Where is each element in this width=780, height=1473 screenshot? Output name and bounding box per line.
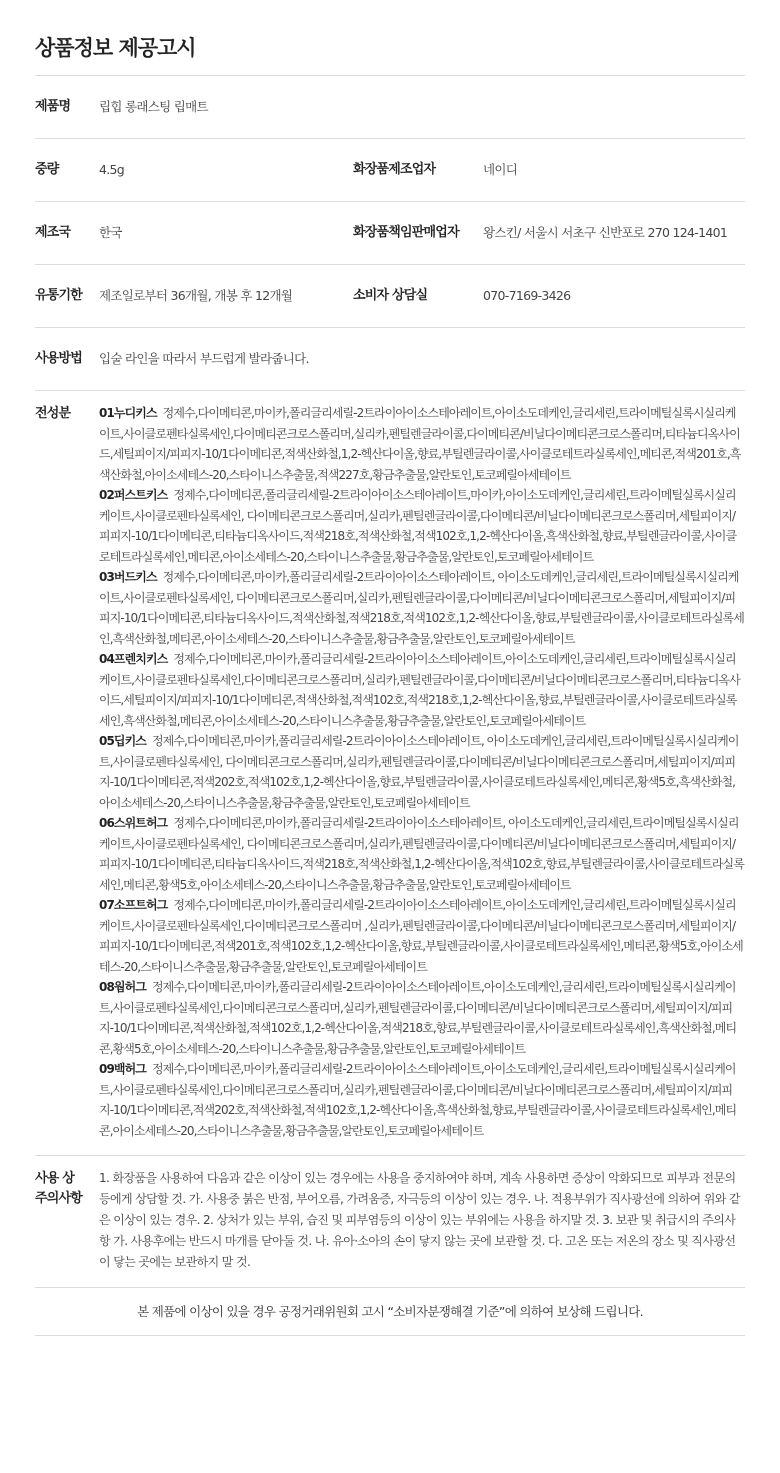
ingredient-text: 정제수,다이메티콘,폴리글리세릴-2트라이아이소스테아레이트,마이카,아이소도데…	[99, 488, 736, 564]
row-weight-manufacturer: 중량 4.5g 화장품제조업자 네이디	[35, 139, 745, 202]
caution-label-line2: 주의사항	[35, 1189, 99, 1209]
ingredient-item: 08웜허그정제수,다이메티콘,마이카,폴리글리세릴-2트라이아이소스테아레이트,…	[99, 977, 745, 1059]
caution-label: 사용 상 주의사항	[35, 1168, 99, 1209]
row-usage: 사용방법 입술 라인을 따라서 부드럽게 발라줍니다.	[35, 328, 745, 391]
page-title: 상품정보 제공고시	[35, 34, 745, 76]
expiry-label: 유통기한	[35, 286, 99, 306]
ingredient-item: 09백허그정제수,다이메티콘,마이카,폴리글리세릴-2트라이아이소스테아레이트,…	[99, 1059, 745, 1141]
ingredients-label: 전성분	[35, 403, 99, 424]
seller-value: 왕스킨/ 서울시 서초구 신반포로 270 124-1401	[483, 223, 727, 243]
ingredient-item: 02퍼스트키스정제수,다이메티콘,폴리글리세릴-2트라이아이소스테아레이트,마이…	[99, 485, 745, 567]
country-label: 제조국	[35, 223, 99, 243]
ingredient-item: 04프렌치키스정제수,다이메티콘,마이카,폴리글리세릴-2트라이아이소스테아레이…	[99, 649, 745, 731]
compensation-notice: 본 제품에 이상이 있을 경우 공정거래위원회 고시 “소비자분쟁해결 기준”에…	[35, 1288, 745, 1336]
shade-name: 08웜허그	[99, 980, 146, 994]
shade-name: 06스위트허그	[99, 816, 167, 830]
consumer-center-value: 070-7169-3426	[483, 286, 570, 306]
usage-label: 사용방법	[35, 349, 99, 369]
ingredient-text: 정제수,다이메티콘,마이카,폴리글리세릴-2트라이아이소스테아레이트, 아이소도…	[99, 734, 739, 810]
row-expiry-consumer: 유통기한 제조일로부터 36개월, 개봉 후 12개월 소비자 상담실 070-…	[35, 265, 745, 328]
expiry-value: 제조일로부터 36개월, 개봉 후 12개월	[99, 286, 292, 306]
ingredient-text: 정제수,다이메티콘,마이카,폴리글리세릴-2트라이아이소스테아레이트, 아이소도…	[99, 816, 744, 892]
row-product-name: 제품명 립힙 롱래스팅 립매트	[35, 76, 745, 139]
ingredient-item: 05딥키스정제수,다이메티콘,마이카,폴리글리세릴-2트라이아이소스테아레이트,…	[99, 731, 745, 813]
shade-name: 03버드키스	[99, 570, 157, 584]
ingredients-list: 01누디키스정제수,다이메티콘,마이카,폴리글리세릴-2트라이아이소스테아레이트…	[99, 403, 745, 1141]
caution-label-line1: 사용 상	[35, 1169, 99, 1189]
ingredient-text: 정제수,다이메티콘,마이카,폴리글리세릴-2트라이아이소스테아레이트,아이소도데…	[99, 652, 740, 728]
country-value: 한국	[99, 223, 122, 243]
ingredient-text: 정제수,다이메티콘,마이카,폴리글리세릴-2트라이아이소스테아레이트,아이소도데…	[99, 898, 743, 974]
ingredient-text: 정제수,다이메티콘,마이카,폴리글리세릴-2트라이아이소스테아레이트,아이소도데…	[99, 980, 736, 1056]
shade-name: 01누디키스	[99, 406, 157, 420]
row-ingredients: 전성분 01누디키스정제수,다이메티콘,마이카,폴리글리세릴-2트라이아이소스테…	[35, 391, 745, 1156]
ingredient-text: 정제수,다이메티콘,마이카,폴리글리세릴-2트라이아이소스테아레이트,아이소도데…	[99, 1062, 736, 1138]
consumer-center-label: 소비자 상담실	[353, 286, 483, 306]
weight-value: 4.5g	[99, 160, 124, 180]
product-name-label: 제품명	[35, 97, 99, 117]
manufacturer-value: 네이디	[483, 160, 517, 180]
ingredient-text: 정제수,다이메티콘,마이카,폴리글리세릴-2트라이아이소스테아레이트, 아이소도…	[99, 570, 744, 646]
ingredient-item: 07소프트허그정제수,다이메티콘,마이카,폴리글리세릴-2트라이아이소스테아레이…	[99, 895, 745, 977]
caution-text: 1. 화장품을 사용하여 다음과 같은 이상이 있는 경우에는 사용을 중지하여…	[99, 1168, 745, 1273]
product-info-notice: 상품정보 제공고시 제품명 립힙 롱래스팅 립매트 중량 4.5g 화장품제조업…	[0, 0, 780, 1370]
row-caution: 사용 상 주의사항 1. 화장품을 사용하여 다음과 같은 이상이 있는 경우에…	[35, 1156, 745, 1288]
ingredient-item: 01누디키스정제수,다이메티콘,마이카,폴리글리세릴-2트라이아이소스테아레이트…	[99, 403, 745, 485]
ingredient-item: 03버드키스정제수,다이메티콘,마이카,폴리글리세릴-2트라이아이소스테아레이트…	[99, 567, 745, 649]
product-name-value: 립힙 롱래스팅 립매트	[99, 97, 208, 117]
seller-label: 화장품책임판매업자	[353, 223, 483, 243]
manufacturer-label: 화장품제조업자	[353, 160, 483, 180]
shade-name: 02퍼스트키스	[99, 488, 167, 502]
shade-name: 05딥키스	[99, 734, 146, 748]
ingredient-item: 06스위트허그정제수,다이메티콘,마이카,폴리글리세릴-2트라이아이소스테아레이…	[99, 813, 745, 895]
row-country-seller: 제조국 한국 화장품책임판매업자 왕스킨/ 서울시 서초구 신반포로 270 1…	[35, 202, 745, 265]
weight-label: 중량	[35, 160, 99, 180]
shade-name: 04프렌치키스	[99, 652, 167, 666]
shade-name: 09백허그	[99, 1062, 146, 1076]
usage-value: 입술 라인을 따라서 부드럽게 발라줍니다.	[99, 349, 309, 369]
ingredient-text: 정제수,다이메티콘,마이카,폴리글리세릴-2트라이아이소스테아레이트,아이소도데…	[99, 406, 740, 482]
shade-name: 07소프트허그	[99, 898, 167, 912]
